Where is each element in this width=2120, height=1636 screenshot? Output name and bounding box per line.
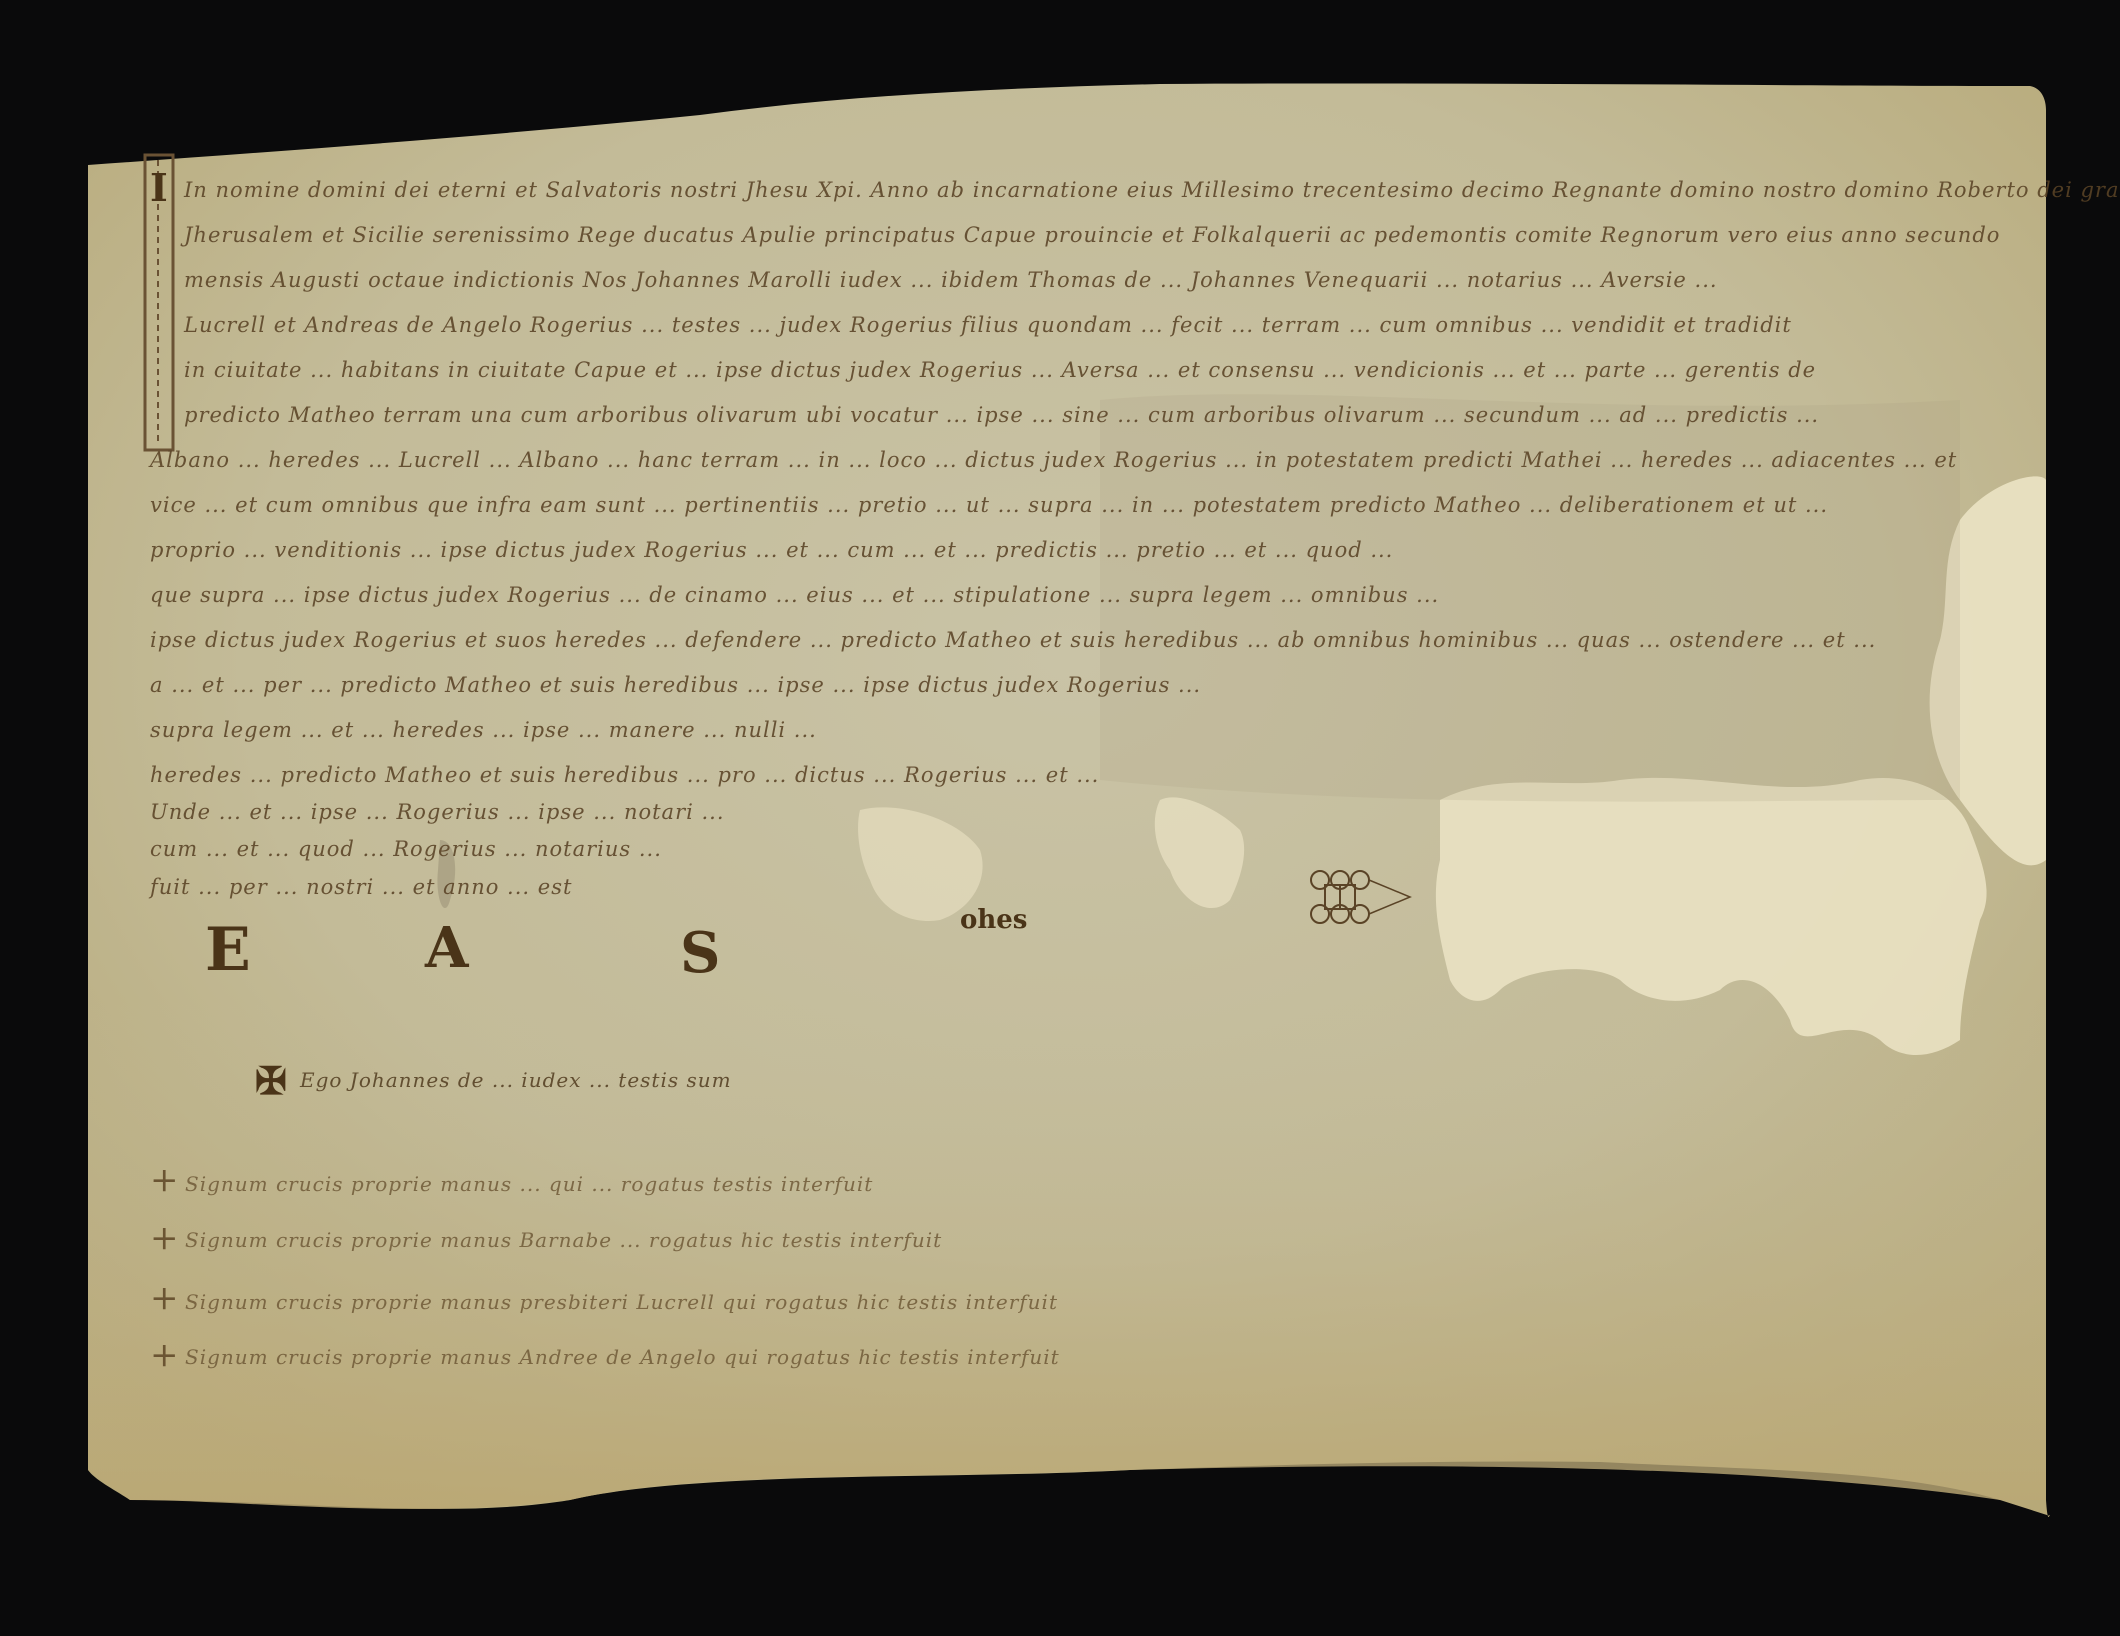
witness-line: Signum crucis proprie manus ... qui ... … (185, 1172, 873, 1196)
signature-mark: ohes (960, 905, 1027, 935)
signature-mark: E (205, 915, 251, 985)
text-line: vice ... et cum omnibus que infra eam su… (150, 493, 1828, 517)
text-line: in ciuitate ... habitans in ciuitate Cap… (184, 358, 1816, 382)
cross-icon: + (150, 1218, 179, 1258)
signature-mark: S (680, 920, 720, 986)
text-line: predicto Matheo terram una cum arboribus… (184, 403, 1819, 427)
witness-line: Signum crucis proprie manus presbiteri L… (185, 1290, 1058, 1314)
text-line: Unde ... et ... ipse ... Rogerius ... ip… (150, 800, 725, 824)
text-line: heredes ... predicto Matheo et suis here… (150, 763, 1099, 787)
text-line: proprio ... venditionis ... ipse dictus … (150, 538, 1393, 562)
text-line: a ... et ... per ... predicto Matheo et … (150, 673, 1201, 697)
witness-line: Signum crucis proprie manus Barnabe ... … (185, 1228, 942, 1252)
text-line: fuit ... per ... nostri ... et anno ... … (150, 875, 572, 899)
text-line: que supra ... ipse dictus judex Rogerius… (150, 583, 1439, 607)
cross-icon: + (150, 1160, 179, 1200)
text-line: Jherusalem et Sicilie serenissimo Rege d… (184, 223, 2000, 247)
text-line: Albano ... heredes ... Lucrell ... Alban… (150, 448, 1957, 472)
judge-subscription: Ego Johannes de ... iudex ... testis sum (300, 1068, 732, 1092)
text-line: supra legem ... et ... heredes ... ipse … (150, 718, 817, 742)
cross-icon: ✠ (255, 1058, 287, 1103)
text-line: Lucrell et Andreas de Angelo Rogerius ..… (184, 313, 1792, 337)
text-line: cum ... et ... quod ... Rogerius ... not… (150, 837, 662, 861)
cross-icon: + (150, 1278, 179, 1318)
text-line: mensis Augusti octaue indictionis Nos Jo… (184, 268, 1718, 292)
initial-letter: I (150, 165, 168, 210)
signature-mark: A (425, 915, 468, 981)
text-line: In nomine domini dei eterni et Salvatori… (184, 178, 2120, 202)
witness-line: Signum crucis proprie manus Andree de An… (185, 1345, 1060, 1369)
text-line: ipse dictus judex Rogerius et suos hered… (150, 628, 1876, 652)
cross-icon: + (150, 1335, 179, 1375)
